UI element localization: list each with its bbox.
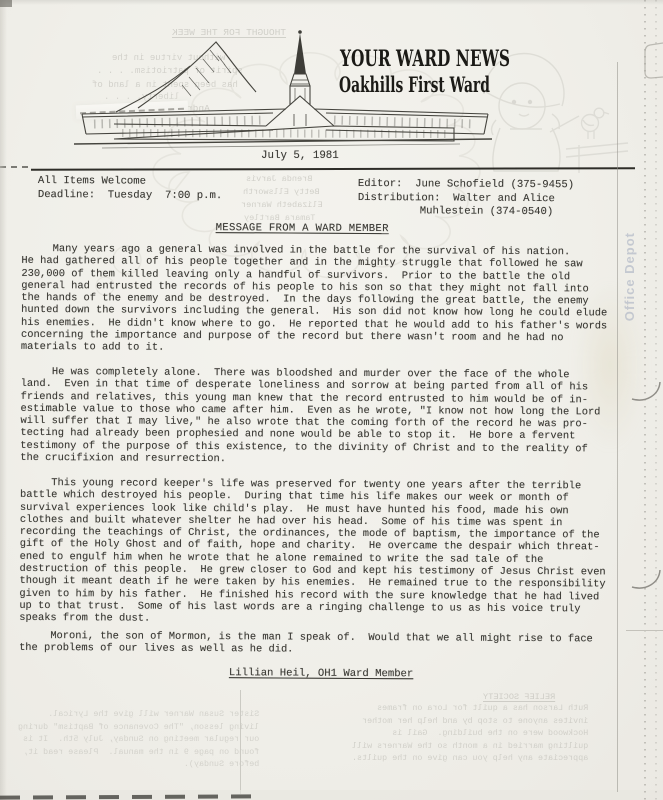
distribution-credit: Distribution: Walter and Alice: [358, 191, 555, 206]
distribution-credit-cont: Muhlestein (374-0540): [420, 205, 554, 219]
article-paragraph-3: This young record keeper's life was pres…: [19, 477, 606, 628]
article-paragraph-1: Many years ago a general was involved in…: [21, 243, 608, 357]
article-signature: Lillian Heil, OH1 Ward Member: [229, 667, 413, 680]
scanned-newsletter-page: THOUGHT FOR THE WEEK without virtue in t…: [0, 0, 663, 800]
binder-hook-mark: [628, 380, 662, 408]
article-paragraph-4: Moroni, the son of Mormon, is the man I …: [19, 630, 593, 658]
binder-hook-mark: [628, 568, 662, 596]
article-heading: MESSAGE FROM A WARD MEMBER: [216, 222, 389, 235]
edge-faint-line: [626, 630, 663, 631]
corner-mark: [0, 0, 12, 7]
deadline-note: Deadline: Tuesday 7:00 p.m.: [38, 188, 222, 203]
left-scan-band: [0, 0, 7, 800]
corner-tab-mark: [638, 38, 663, 86]
editor-credit: Editor: June Schofield (375-9455): [358, 178, 574, 193]
typed-content: All Items Welcome Deadline: Tuesday 7:00…: [0, 0, 663, 800]
top-scan-band: [0, 0, 663, 5]
items-welcome-note: All Items Welcome: [38, 175, 146, 189]
article-paragraph-2: He was completely alone. There was blood…: [20, 366, 600, 468]
sheet-edge-line: [617, 62, 618, 792]
